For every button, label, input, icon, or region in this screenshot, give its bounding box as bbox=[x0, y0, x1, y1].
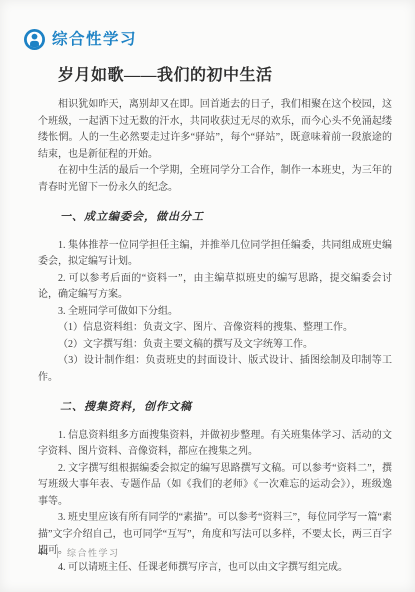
page-content: 相识犹如昨天，离别却又在即。回首逝去的日子，我们相聚在这个校园，这个班级，一起洒… bbox=[38, 97, 392, 576]
section-2-heading: 二、搜集资料，创作文稿 bbox=[38, 399, 392, 416]
section-banner: 综合性学习 bbox=[24, 29, 137, 50]
footer-divider bbox=[57, 547, 58, 558]
section-1-subitem: （1）信息资料组：负责文字、图片、音像资料的搜集、整理工作。 bbox=[38, 320, 392, 337]
intro-paragraph-1: 相识犹如昨天，离别却又在即。回首逝去的日子，我们相聚在这个校园，这个班级，一起洒… bbox=[38, 97, 392, 163]
footer-label: 综合性学习 bbox=[67, 546, 120, 559]
page-title: 岁月如歌——我们的初中生活 bbox=[58, 62, 273, 85]
page-number: 44 bbox=[38, 547, 48, 558]
section-1-item: 1. 集体推荐一位同学担任主编，并推举几位同学担任编委，共同组成班史编委会，拟定… bbox=[38, 238, 392, 271]
section-1-heading: 一、成立编委会，做出分工 bbox=[38, 209, 392, 226]
textbook-page: 综合性学习 岁月如歌——我们的初中生活 相识犹如昨天，离别却又在即。回首逝去的日… bbox=[0, 0, 415, 592]
page-footer: 44 综合性学习 bbox=[38, 546, 120, 559]
banner-label: 综合性学习 bbox=[52, 32, 137, 48]
intro-paragraph-2: 在初中生活的最后一个学期，全班同学分工合作，制作一本班史，为三年的青春时光留下一… bbox=[38, 163, 392, 196]
section-2-item: 1. 信息资料组多方面搜集资料，并做初步整理。有关班集体学习、活动的文字资料、图… bbox=[38, 428, 392, 461]
person-icon bbox=[24, 29, 45, 50]
section-2-item: 4. 可以请班主任、任课老师撰写序言，也可以由文字撰写组完成。 bbox=[38, 560, 392, 577]
section-1-item: 3. 全班同学可做如下分组。 bbox=[38, 304, 392, 321]
section-1-subitem: （3）设计制作组：负责班史的封面设计、版式设计、插图绘制及印制等工作。 bbox=[38, 353, 392, 386]
section-1-item: 2. 可以参考后面的“资料一”，由主编草拟班史的编写思路，提交编委会讨论，确定编… bbox=[38, 271, 392, 304]
section-1-subitem: （2）文字撰写组：负责主要文稿的撰写及文字统筹工作。 bbox=[38, 337, 392, 354]
section-2-item: 2. 文字撰写组根据编委会拟定的编写思路撰写文稿。可以参考“资料二”，撰写班级大… bbox=[38, 461, 392, 511]
